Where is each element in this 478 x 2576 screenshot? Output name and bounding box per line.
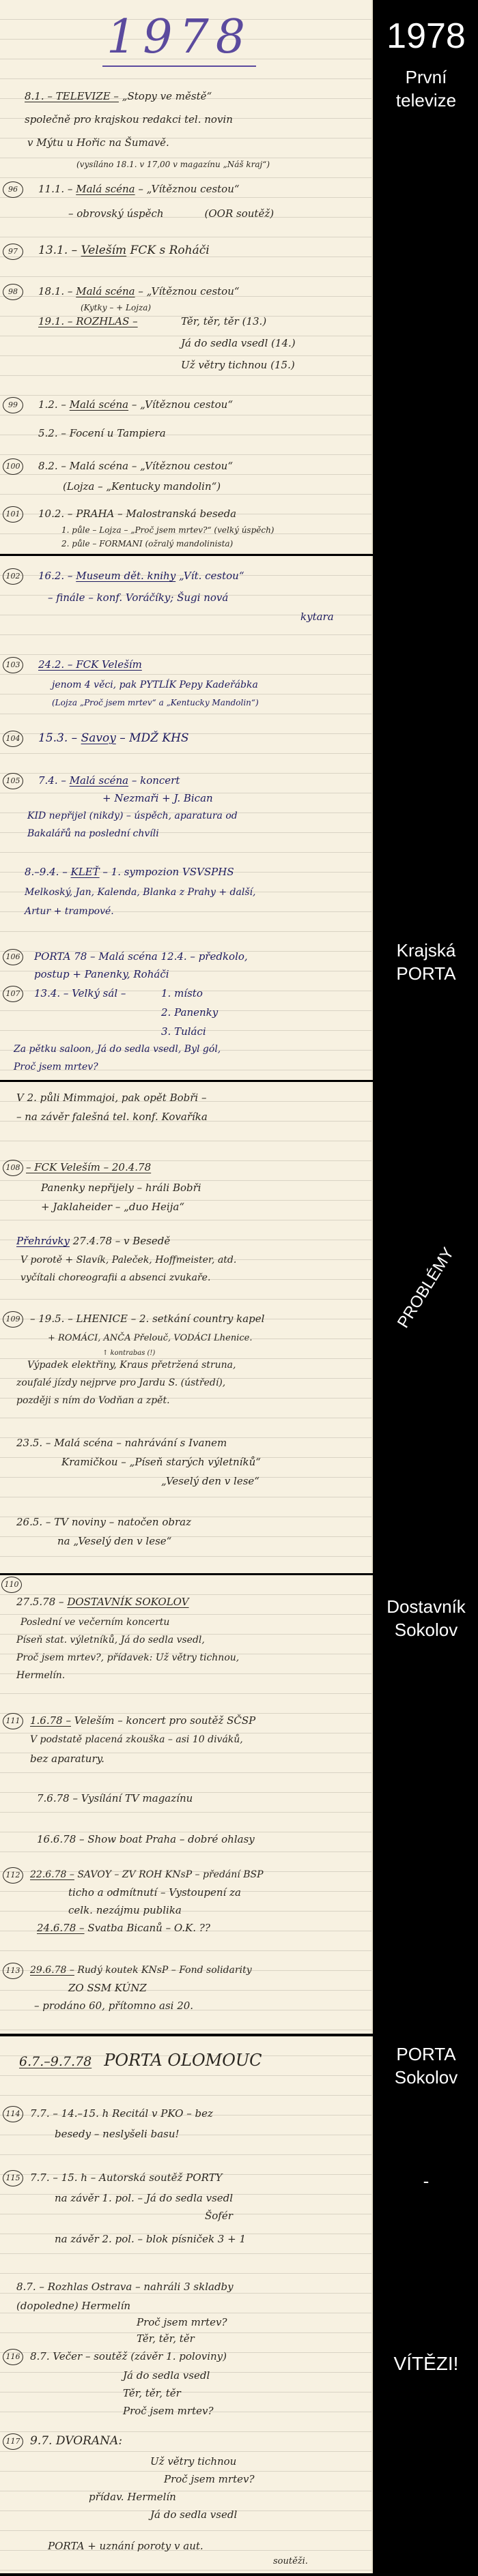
annotation-sidebar: 1978 První televize Krajská PORTA PROBLÉ…: [374, 0, 478, 2576]
event-number-badge: 115: [3, 2170, 23, 2186]
event-number-badge: 99: [3, 397, 23, 413]
event-number-badge: 111: [3, 1713, 23, 1729]
sidebar-label-dostavnik-sokolov: Dostavník Sokolov: [374, 1595, 478, 1641]
event-number-badge: 105: [3, 773, 23, 789]
notebook-page-5: 6.7.–9.7.78 PORTA OLOMOUC 114 7.7. – 14.…: [0, 2036, 373, 2573]
event-number-badge: 96: [3, 181, 23, 198]
event-number-badge: 108: [3, 1160, 23, 1176]
festival-title: PORTA OLOMOUC: [104, 2051, 262, 2070]
event-number-badge: 102: [3, 568, 23, 585]
event-number-badge: 114: [3, 2106, 23, 2122]
entry-line: v Mýtu u Hořic na Šumavě.: [27, 136, 371, 149]
entry-date: 8.1. – TELEVIZE –: [25, 90, 119, 102]
sidebar-label-regional-porta: Krajská PORTA: [374, 939, 478, 985]
event-number-badge: 110: [1, 1577, 22, 1593]
event-number-badge: 116: [3, 2349, 23, 2365]
entry-line: společně pro krajskou redakci tel. novin: [25, 113, 371, 126]
event-number-badge: 104: [3, 731, 23, 747]
year-heading: 1978: [102, 12, 256, 67]
event-number-badge: 103: [3, 657, 23, 673]
sidebar-label-winners: VÍTĚZI!: [374, 2352, 478, 2375]
entry-line: (vysíláno 18.1. v 17,00 v magazínu „Náš …: [76, 158, 371, 171]
event-number-badge: 117: [3, 2433, 23, 2450]
sidebar-label-first-tv: První televize: [374, 65, 478, 112]
event-number-badge: 112: [3, 1867, 23, 1884]
notebook-page-4: 110 27.5.78 – DOSTAVNÍK SOKOLOV Poslední…: [0, 1575, 373, 2034]
event-number-badge: 101: [3, 506, 23, 523]
event-number-badge: 107: [3, 986, 23, 1002]
event-number-badge: 97: [3, 244, 23, 260]
event-number-badge: 98: [3, 284, 23, 300]
sidebar-label-problems: PROBLÉMY: [391, 1239, 462, 1337]
notebook-page-1: 1978 8.1. – TELEVIZE – „Stopy ve městě“ …: [0, 0, 373, 554]
festival-dates: 6.7.–9.7.78: [19, 2054, 92, 2069]
event-number-badge: 113: [3, 1963, 23, 1979]
notebook-page-2: 102 16.2. – Museum dět. knihy „Vít. cest…: [0, 556, 373, 1080]
event-number-badge: 106: [3, 949, 23, 965]
notebook-page-3: V 2. půli Mimmajoi, pak opět Bobři – – n…: [0, 1082, 373, 1573]
sidebar-label-dash: -: [374, 2169, 478, 2193]
sidebar-year: 1978: [374, 16, 478, 56]
event-number-badge: 100: [3, 458, 23, 475]
event-number-badge: 109: [3, 1311, 23, 1328]
sidebar-label-porta-sokolov: PORTA Sokolov: [374, 2043, 478, 2089]
